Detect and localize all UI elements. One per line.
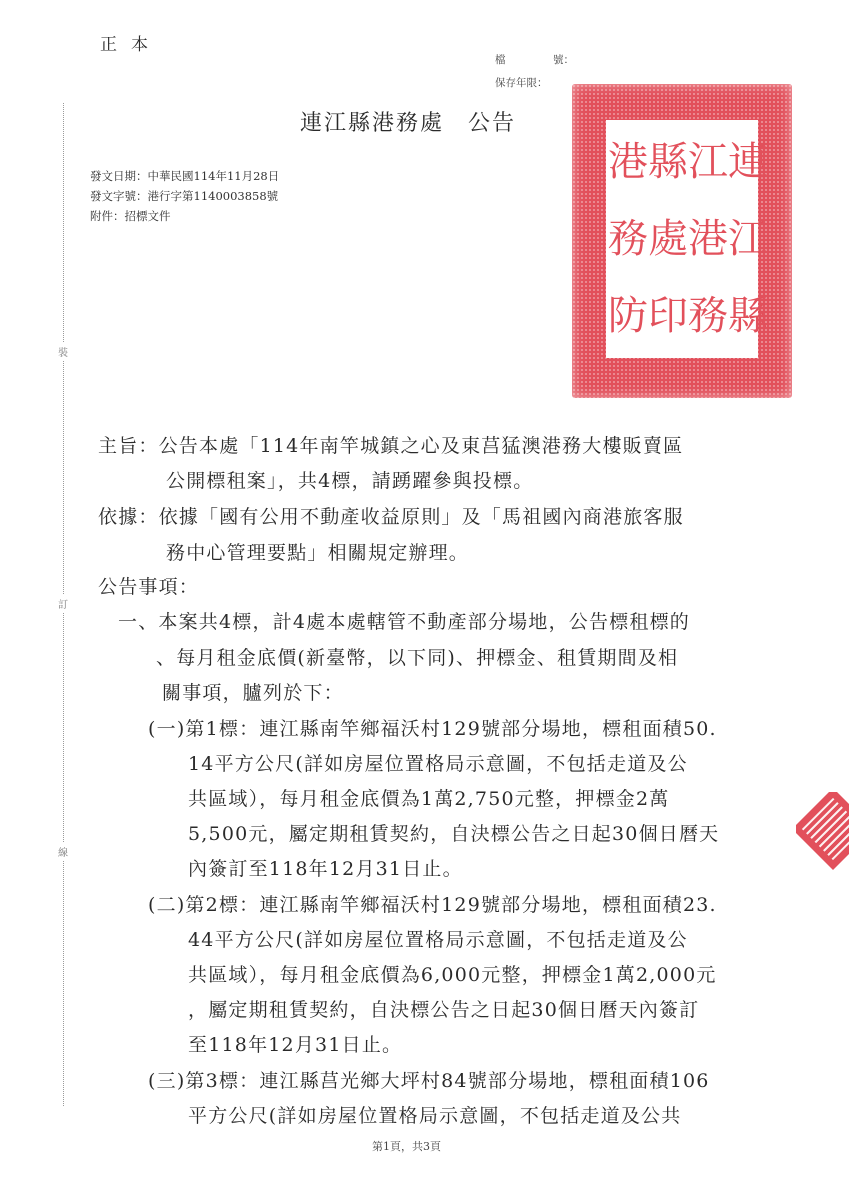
lot1-line-1: (一)第1標：連江縣南竿鄉福沃村129號部分場地，標租面積50. — [148, 714, 717, 741]
document-type: 公告 — [468, 111, 516, 136]
lot3-line-1: (三)第3標：連江縣莒光鄉大坪村84號部分場地，標租面積106 — [148, 1066, 710, 1093]
page-indicator: 第1頁，共3頁 — [372, 1138, 441, 1154]
seal-glyph: 印 — [648, 296, 688, 336]
file-number-label: 檔號： — [495, 52, 574, 67]
seal-glyph: 務 — [688, 296, 728, 336]
seal-glyph: 港 — [688, 219, 728, 259]
copy-label: 正本 — [100, 30, 162, 55]
seal-column: 港 務 防 — [608, 124, 648, 354]
lot1-line-2: 14平方公尺(詳如房屋位置格局示意圖，不包括走道及公 — [188, 749, 688, 776]
lot1-line-4: 5,500元，屬定期租賃契約，自決標公告之日起30個日曆天 — [188, 819, 719, 846]
lot2-line-4: ，屬定期租賃契約，自決標公告之日起30個日曆天內簽訂 — [188, 995, 699, 1022]
seal-glyph: 縣 — [728, 296, 768, 336]
basis-line-1: 依據：依據「國有公用不動產收益原則」及「馬祖國內商港旅客服 — [98, 502, 684, 529]
seal-glyph: 務 — [608, 219, 648, 259]
file-number-label-part1: 檔 — [495, 52, 553, 67]
item1-line-2: 、每月租金底價(新臺幣，以下同)、押標金、租賃期間及相 — [156, 643, 678, 670]
lot1-line-3: 共區域），每月租金底價為1萬2,750元整，押標金2萬 — [188, 784, 669, 811]
seal-column: 江 港 務 — [688, 124, 728, 354]
reference-number: 發文字號：港行字第1140003858號 — [90, 186, 279, 206]
binding-mark-ding: 訂 — [56, 594, 70, 613]
seal-column: 縣 處 印 — [648, 124, 688, 354]
seal-inscription: 連 江 縣 江 港 務 縣 處 印 港 務 防 — [606, 120, 758, 358]
binding-mark-xian: 線 — [56, 842, 70, 861]
seal-glyph: 處 — [648, 219, 688, 259]
item1-line-1: 一、本案共4標，計4處本處轄管不動產部分場地，公告標租標的 — [118, 607, 690, 634]
retention-period-label: 保存年限： — [495, 75, 548, 90]
partial-seal-icon — [796, 792, 849, 872]
seal-column: 連 江 縣 — [728, 124, 768, 354]
seal-glyph: 江 — [728, 219, 768, 259]
agency-name: 連江縣港務處 — [300, 111, 444, 136]
page-title: 連江縣港務處公告 — [300, 106, 516, 137]
lot1-line-5: 內簽訂至118年12月31日止。 — [188, 854, 463, 881]
lot2-line-5: 至118年12月31日止。 — [188, 1030, 402, 1057]
issue-info: 發文日期：中華民國114年11月28日 發文字號：港行字第1140003858號… — [90, 166, 279, 226]
seal-glyph: 江 — [688, 142, 728, 182]
official-seal-icon: 連 江 縣 江 港 務 縣 處 印 港 務 防 — [572, 84, 792, 398]
seal-glyph: 縣 — [648, 142, 688, 182]
lot3-line-2: 平方公尺(詳如房屋位置格局示意圖，不包括走道及公共 — [188, 1101, 681, 1128]
lot2-line-1: (二)第2標：連江縣南竿鄉福沃村129號部分場地，標租面積23. — [148, 890, 717, 917]
issue-date: 發文日期：中華民國114年11月28日 — [90, 166, 279, 186]
subject-line-1: 主旨：公告本處「114年南竿城鎮之心及東莒猛澳港務大樓販賣區 — [98, 431, 683, 458]
seal-glyph: 港 — [608, 142, 648, 182]
attachment: 附件：招標文件 — [90, 206, 279, 226]
binding-mark-zhuang: 裝 — [56, 342, 70, 361]
seal-glyph: 防 — [608, 296, 648, 336]
items-heading: 公告事項： — [98, 572, 199, 599]
lot2-line-2: 44平方公尺(詳如房屋位置格局示意圖，不包括走道及公 — [188, 925, 688, 952]
item1-line-3: 關事項，臚列於下： — [162, 678, 344, 705]
seal-glyph: 連 — [728, 142, 768, 182]
file-number-label-part2: 號： — [553, 54, 574, 66]
basis-line-2: 務中心管理要點」相關規定辦理。 — [166, 538, 469, 565]
partial-seal-shape — [796, 792, 849, 870]
subject-line-2: 公開標租案」，共4標，請踴躍參與投標。 — [166, 466, 533, 493]
lot2-line-3: 共區域），每月租金底價為6,000元整，押標金1萬2,000元 — [188, 960, 717, 987]
